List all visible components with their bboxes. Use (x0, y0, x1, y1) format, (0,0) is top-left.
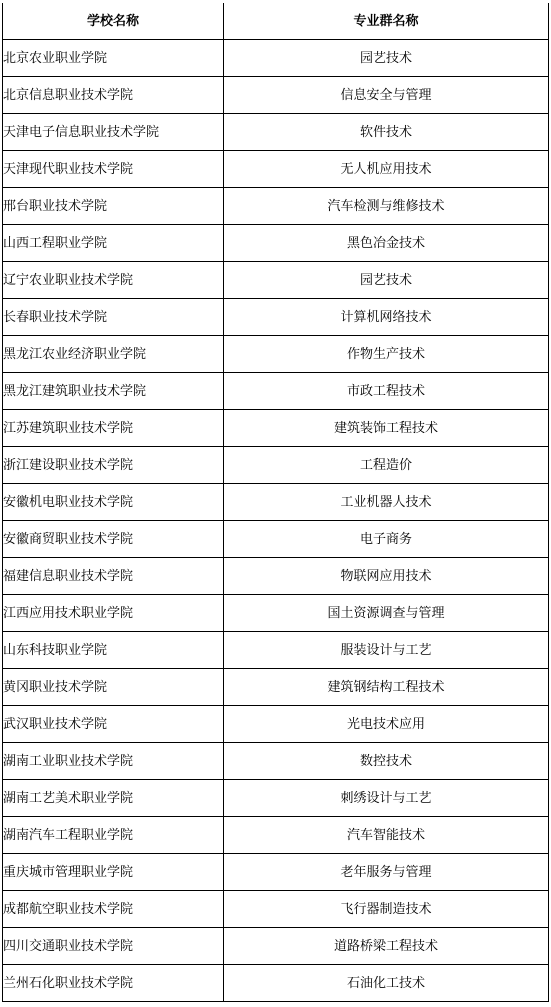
page: 学校名称 专业群名称 北京农业职业学院园艺技术北京信息职业技术学院信息安全与管理… (0, 0, 551, 1007)
major-group-cell: 国土资源调查与管理 (224, 595, 549, 632)
table-header: 学校名称 专业群名称 (3, 3, 549, 40)
major-group-cell: 市政工程技术 (224, 373, 549, 410)
table-row: 福建信息职业技术学院物联网应用技术 (3, 558, 549, 595)
major-group-cell: 软件技术 (224, 114, 549, 151)
school-name-cell: 湖南工艺美术职业学院 (3, 780, 224, 817)
table-row: 黑龙江建筑职业技术学院市政工程技术 (3, 373, 549, 410)
table-row: 长春职业技术学院计算机网络技术 (3, 299, 549, 336)
table-row: 北京农业职业学院园艺技术 (3, 40, 549, 77)
school-name-cell: 兰州石化职业技术学院 (3, 965, 224, 1002)
table-row: 四川交通职业技术学院道路桥梁工程技术 (3, 928, 549, 965)
major-group-cell: 信息安全与管理 (224, 77, 549, 114)
major-group-cell: 物联网应用技术 (224, 558, 549, 595)
school-name-cell: 长春职业技术学院 (3, 299, 224, 336)
school-name-cell: 四川交通职业技术学院 (3, 928, 224, 965)
major-group-cell: 服装设计与工艺 (224, 632, 549, 669)
table-row: 辽宁农业职业技术学院园艺技术 (3, 262, 549, 299)
school-name-cell: 北京农业职业学院 (3, 40, 224, 77)
major-group-cell: 刺绣设计与工艺 (224, 780, 549, 817)
table-row: 兰州石化职业技术学院石油化工技术 (3, 965, 549, 1002)
major-group-cell: 电子商务 (224, 521, 549, 558)
school-name-cell: 成都航空职业技术学院 (3, 891, 224, 928)
school-name-cell: 安徽机电职业技术学院 (3, 484, 224, 521)
school-name-cell: 天津现代职业技术学院 (3, 151, 224, 188)
major-group-cell: 园艺技术 (224, 40, 549, 77)
table-row: 天津现代职业技术学院无人机应用技术 (3, 151, 549, 188)
school-name-cell: 江苏建筑职业技术学院 (3, 410, 224, 447)
school-name-cell: 浙江建设职业技术学院 (3, 447, 224, 484)
major-group-cell: 计算机网络技术 (224, 299, 549, 336)
table-row: 黑龙江农业经济职业学院作物生产技术 (3, 336, 549, 373)
school-name-cell: 辽宁农业职业技术学院 (3, 262, 224, 299)
major-group-cell: 园艺技术 (224, 262, 549, 299)
major-group-cell: 工业机器人技术 (224, 484, 549, 521)
table-row: 安徽机电职业技术学院工业机器人技术 (3, 484, 549, 521)
table-row: 北京信息职业技术学院信息安全与管理 (3, 77, 549, 114)
major-group-cell: 汽车智能技术 (224, 817, 549, 854)
major-group-cell: 数控技术 (224, 743, 549, 780)
major-group-cell: 无人机应用技术 (224, 151, 549, 188)
table-row: 江西应用技术职业学院国土资源调查与管理 (3, 595, 549, 632)
major-group-cell: 黑色冶金技术 (224, 225, 549, 262)
school-name-cell: 山东科技职业学院 (3, 632, 224, 669)
school-name-cell: 湖南汽车工程职业学院 (3, 817, 224, 854)
column-header-school-name: 学校名称 (3, 3, 224, 40)
school-name-cell: 山西工程职业学院 (3, 225, 224, 262)
table-row: 山东科技职业学院服装设计与工艺 (3, 632, 549, 669)
column-header-major-group-name: 专业群名称 (224, 3, 549, 40)
table-row: 天津电子信息职业技术学院软件技术 (3, 114, 549, 151)
school-name-cell: 武汉职业技术学院 (3, 706, 224, 743)
major-group-cell: 建筑装饰工程技术 (224, 410, 549, 447)
school-name-cell: 黑龙江建筑职业技术学院 (3, 373, 224, 410)
table-row: 江苏建筑职业技术学院建筑装饰工程技术 (3, 410, 549, 447)
table-row: 武汉职业技术学院光电技术应用 (3, 706, 549, 743)
major-group-cell: 作物生产技术 (224, 336, 549, 373)
school-major-table: 学校名称 专业群名称 北京农业职业学院园艺技术北京信息职业技术学院信息安全与管理… (2, 3, 549, 1002)
major-group-cell: 建筑钢结构工程技术 (224, 669, 549, 706)
table-row: 黄冈职业技术学院建筑钢结构工程技术 (3, 669, 549, 706)
table-row: 邢台职业技术学院汽车检测与维修技术 (3, 188, 549, 225)
table-header-row: 学校名称 专业群名称 (3, 3, 549, 40)
table-row: 山西工程职业学院黑色冶金技术 (3, 225, 549, 262)
major-group-cell: 飞行器制造技术 (224, 891, 549, 928)
school-name-cell: 黑龙江农业经济职业学院 (3, 336, 224, 373)
major-group-cell: 石油化工技术 (224, 965, 549, 1002)
school-name-cell: 天津电子信息职业技术学院 (3, 114, 224, 151)
school-name-cell: 江西应用技术职业学院 (3, 595, 224, 632)
table-row: 湖南工业职业技术学院数控技术 (3, 743, 549, 780)
major-group-cell: 汽车检测与维修技术 (224, 188, 549, 225)
school-name-cell: 北京信息职业技术学院 (3, 77, 224, 114)
school-name-cell: 黄冈职业技术学院 (3, 669, 224, 706)
major-group-cell: 工程造价 (224, 447, 549, 484)
school-name-cell: 福建信息职业技术学院 (3, 558, 224, 595)
major-group-cell: 老年服务与管理 (224, 854, 549, 891)
table-row: 浙江建设职业技术学院工程造价 (3, 447, 549, 484)
school-name-cell: 重庆城市管理职业学院 (3, 854, 224, 891)
table-row: 重庆城市管理职业学院老年服务与管理 (3, 854, 549, 891)
major-group-cell: 光电技术应用 (224, 706, 549, 743)
table-row: 湖南工艺美术职业学院刺绣设计与工艺 (3, 780, 549, 817)
major-group-cell: 道路桥梁工程技术 (224, 928, 549, 965)
table-body: 北京农业职业学院园艺技术北京信息职业技术学院信息安全与管理天津电子信息职业技术学… (3, 40, 549, 1002)
school-name-cell: 安徽商贸职业技术学院 (3, 521, 224, 558)
school-name-cell: 邢台职业技术学院 (3, 188, 224, 225)
school-name-cell: 湖南工业职业技术学院 (3, 743, 224, 780)
table-row: 安徽商贸职业技术学院电子商务 (3, 521, 549, 558)
table-row: 成都航空职业技术学院飞行器制造技术 (3, 891, 549, 928)
table-row: 湖南汽车工程职业学院汽车智能技术 (3, 817, 549, 854)
